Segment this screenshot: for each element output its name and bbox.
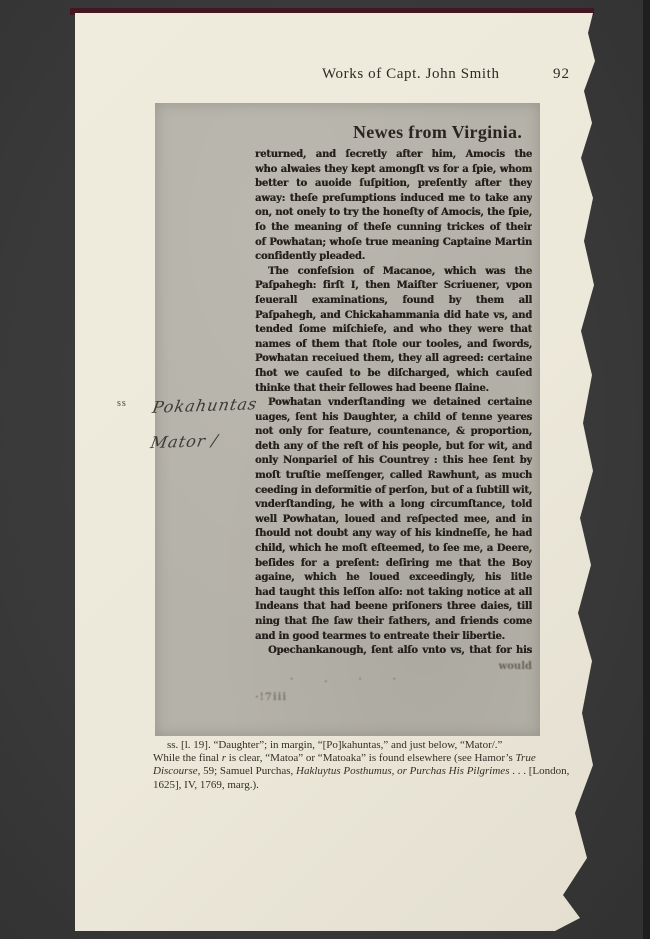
catchword: would [255,661,532,672]
facsimile-line: ning that ſhe ſaw their fathers, and fri… [255,615,532,630]
footnote-line: 1625], IV, 1769, marg.). [153,779,589,792]
facsimile-line: names of them that ſtole our tooles, and… [255,338,532,353]
facsimile-line: vnderſtanding, he with a long circumſtan… [255,498,532,513]
facsimile-line: child, which he moſt eſteemed, to ſee me… [255,542,532,557]
facsimile-line: only Nonpariel of his Countrey : this he… [255,454,532,469]
photo-edge [643,0,650,939]
page-number: 92 [553,66,570,83]
facsimile-line: better to auoide ſuſpition, preſently af… [255,177,532,192]
facsimile-line: Opechankanough, ſent alſo vnto vs, that … [255,644,532,659]
facsimile-line: moſt truſtie meſſenger, called Rawhunt, … [255,469,532,484]
scan-background: Works of Capt. John Smith 92 Newes from … [0,0,650,939]
facsimile-plate: Newes from Virginia. returned, and ſecre… [155,103,540,736]
facsimile-line: againe, which he loued exceedingly, his … [255,571,532,586]
facsimile-line: returned, and ſecretly after him, Amocis… [255,148,532,163]
facsimile-line: Indeans that had beene priſoners three d… [255,600,532,615]
facsimile-line: of Powhatan; whoſe true meaning Captaine… [255,236,532,251]
facsimile-line: ſeuerall examinations, found by them all… [255,294,532,309]
facsimile-line: Paſpahegh, and Chickahammania did hate v… [255,309,532,324]
footnote-line: While the final r is clear, “Matoa” or “… [153,752,589,765]
footnote-block: ss. [l. 19]. “Daughter”; in margin, “[Po… [153,739,589,792]
ink-smudge: · . · · [290,675,410,685]
facsimile-line: Paſpahegh: firſt I, then Maiſter Scriuen… [255,279,532,294]
facsimile-line: ſhot we cauſed to be diſcharged, which c… [255,367,532,382]
facsimile-line: thinke that their fellowes had beene ſla… [255,382,532,397]
facsimile-line: ſo the meaning of theſe cunning trickes … [255,221,532,236]
facsimile-body: returned, and ſecretly after him, Amocis… [255,148,532,659]
facsimile-line: ceeding in deformitie of perſon, but of … [255,484,532,499]
facsimile-line: Powhatan vnderſtanding we detained certa… [255,396,532,411]
footnote-line: ss. [l. 19]. “Daughter”; in margin, “[Po… [153,739,589,752]
facsimile-line: confidently pleaded. [255,250,532,265]
facsimile-title: Newes from Virginia. [353,122,522,143]
facsimile-line: and in good tearmes to entreate their li… [255,630,532,645]
facsimile-line: tended ſome miſchiefe, and who they were… [255,323,532,338]
facsimile-line: well Powhatan, loued and reſpected mee, … [255,513,532,528]
facsimile-line: who alwaies they kept amongſt vs for a ſ… [255,163,532,178]
running-head: Works of Capt. John Smith 92 [75,66,597,86]
running-head-title: Works of Capt. John Smith [322,66,500,83]
facsimile-line: uages, ſent his Daughter, a child of ten… [255,411,532,426]
facsimile-line: ſhould not doubt any way of his kindneſſ… [255,527,532,542]
facsimile-line: on, not onely to try the honeſty of Amoc… [255,206,532,221]
margin-siglum: ss [117,398,127,409]
facsimile-line: Powhatan receiued them, they all agreed:… [255,352,532,367]
margin-note-mator: Mator ∕ [149,431,220,452]
facsimile-line: had taught this leſſon alſo: not taking … [255,586,532,601]
facsimile-line: The confeſsion of Macanoe, which was the… [255,265,532,280]
margin-note-pokahuntas: Pokahuntas [151,394,259,417]
footnote-line: Discourse, 59; Samuel Purchas, Hakluytus… [153,765,589,778]
ink-smudge: ·!7iii [255,692,287,703]
facsimile-line: not only for feature, countenance, & pro… [255,425,532,440]
facsimile-line: beſides for a preſent: deſiring me that … [255,557,532,572]
facsimile-line: away: theſe preſumptions induced me to t… [255,192,532,207]
facsimile-line: deth any of the reſt of his people, but … [255,440,532,455]
